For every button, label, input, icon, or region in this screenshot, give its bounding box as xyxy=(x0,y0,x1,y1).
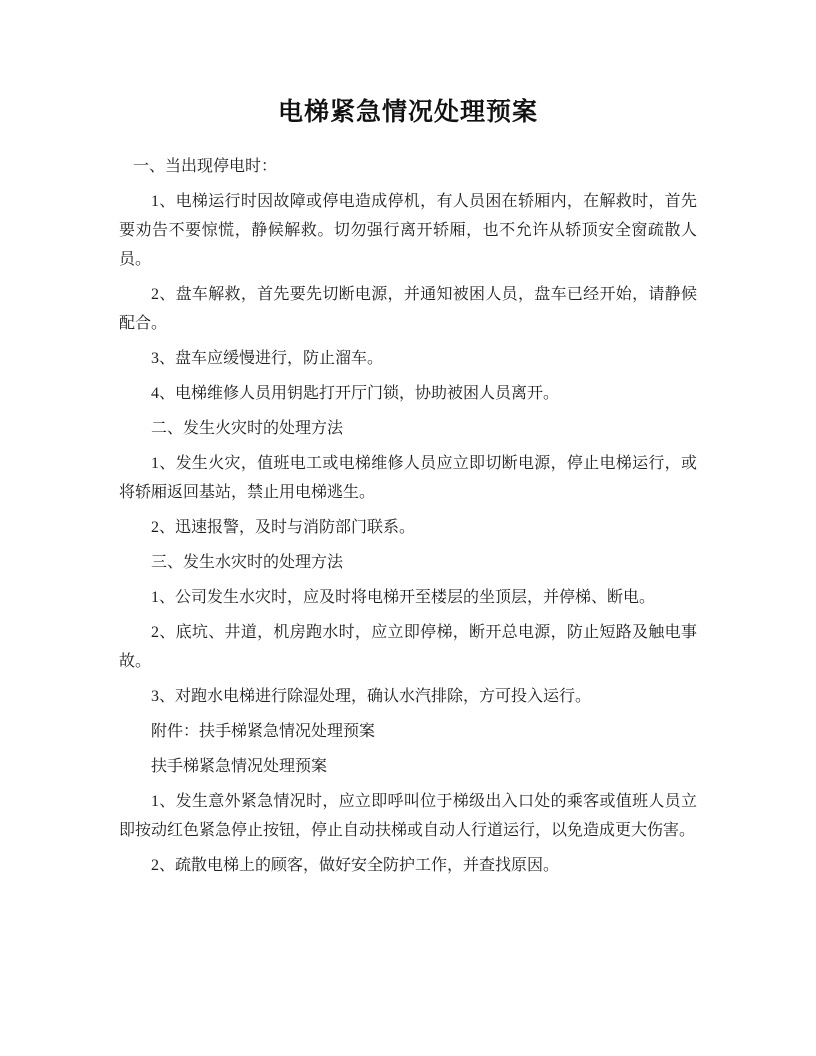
paragraph-power-2: 2、盘车解救，首先要先切断电源，并通知被困人员，盘车已经开始，请静候配合。 xyxy=(119,280,697,338)
attachment-title: 扶手梯紧急情况处理预案 xyxy=(119,752,697,781)
paragraph-fire-2: 2、迅速报警，及时与消防部门联系。 xyxy=(119,513,697,542)
paragraph-power-1: 1、电梯运行时因故障或停电造成停机，有人员困在轿厢内，在解救时，首先要劝告不要惊… xyxy=(119,187,697,274)
section-heading-flood: 三、发生水灾时的处理方法 xyxy=(119,548,697,577)
attachment-label: 附件：扶手梯紧急情况处理预案 xyxy=(119,717,697,746)
paragraph-power-4: 4、电梯维修人员用钥匙打开厅门锁，协助被困人员离开。 xyxy=(119,379,697,408)
section-heading-fire: 二、发生火灾时的处理方法 xyxy=(119,414,697,443)
document-title: 电梯紧急情况处理预案 xyxy=(119,96,697,130)
paragraph-power-3: 3、盘车应缓慢进行，防止溜车。 xyxy=(119,344,697,373)
paragraph-escalator-1: 1、发生意外紧急情况时，应立即呼叫位于梯级出入口处的乘客或值班人员立即按动红色紧… xyxy=(119,787,697,845)
paragraph-fire-1: 1、发生火灾，值班电工或电梯维修人员应立即切断电源，停止电梯运行，或将轿厢返回基… xyxy=(119,449,697,507)
section-heading-power-outage: 一、当出现停电时： xyxy=(119,152,697,181)
paragraph-flood-1: 1、公司发生水灾时，应及时将电梯开至楼层的坐顶层，并停梯、断电。 xyxy=(119,583,697,612)
document-page: 电梯紧急情况处理预案 一、当出现停电时： 1、电梯运行时因故障或停电造成停机，有… xyxy=(0,0,816,1056)
paragraph-escalator-2: 2、疏散电梯上的顾客，做好安全防护工作，并查找原因。 xyxy=(119,851,697,880)
paragraph-flood-2: 2、底坑、井道，机房跑水时，应立即停梯，断开总电源，防止短路及触电事故。 xyxy=(119,618,697,676)
paragraph-flood-3: 3、对跑水电梯进行除湿处理，确认水汽排除，方可投入运行。 xyxy=(119,682,697,711)
